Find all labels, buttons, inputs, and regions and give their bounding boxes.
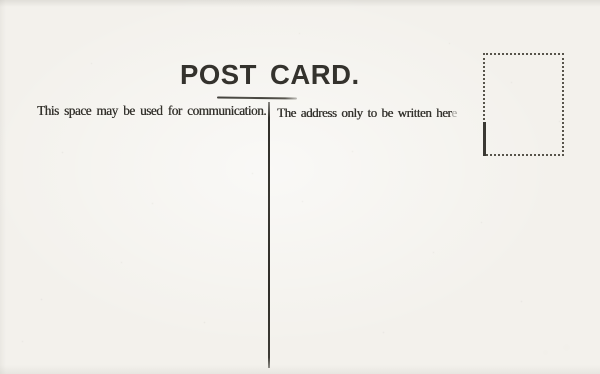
communication-space-instruction: This space may be used for communication…: [37, 104, 266, 117]
postcard-back: POST CARD. This space may be used for co…: [0, 0, 600, 374]
postcard-title: POST CARD.: [180, 61, 360, 89]
address-instruction-text: The address only to be written her: [277, 105, 451, 120]
stamp-box-corner-ink-mark: [483, 122, 486, 156]
title-underline: [217, 97, 297, 100]
divider-line: [268, 102, 270, 368]
address-only-instruction: The address only to be written here: [277, 106, 457, 119]
address-instruction-faded-letter: e: [451, 105, 456, 120]
stamp-box: [483, 53, 564, 156]
paper-texture-speckles: [0, 0, 1, 1]
